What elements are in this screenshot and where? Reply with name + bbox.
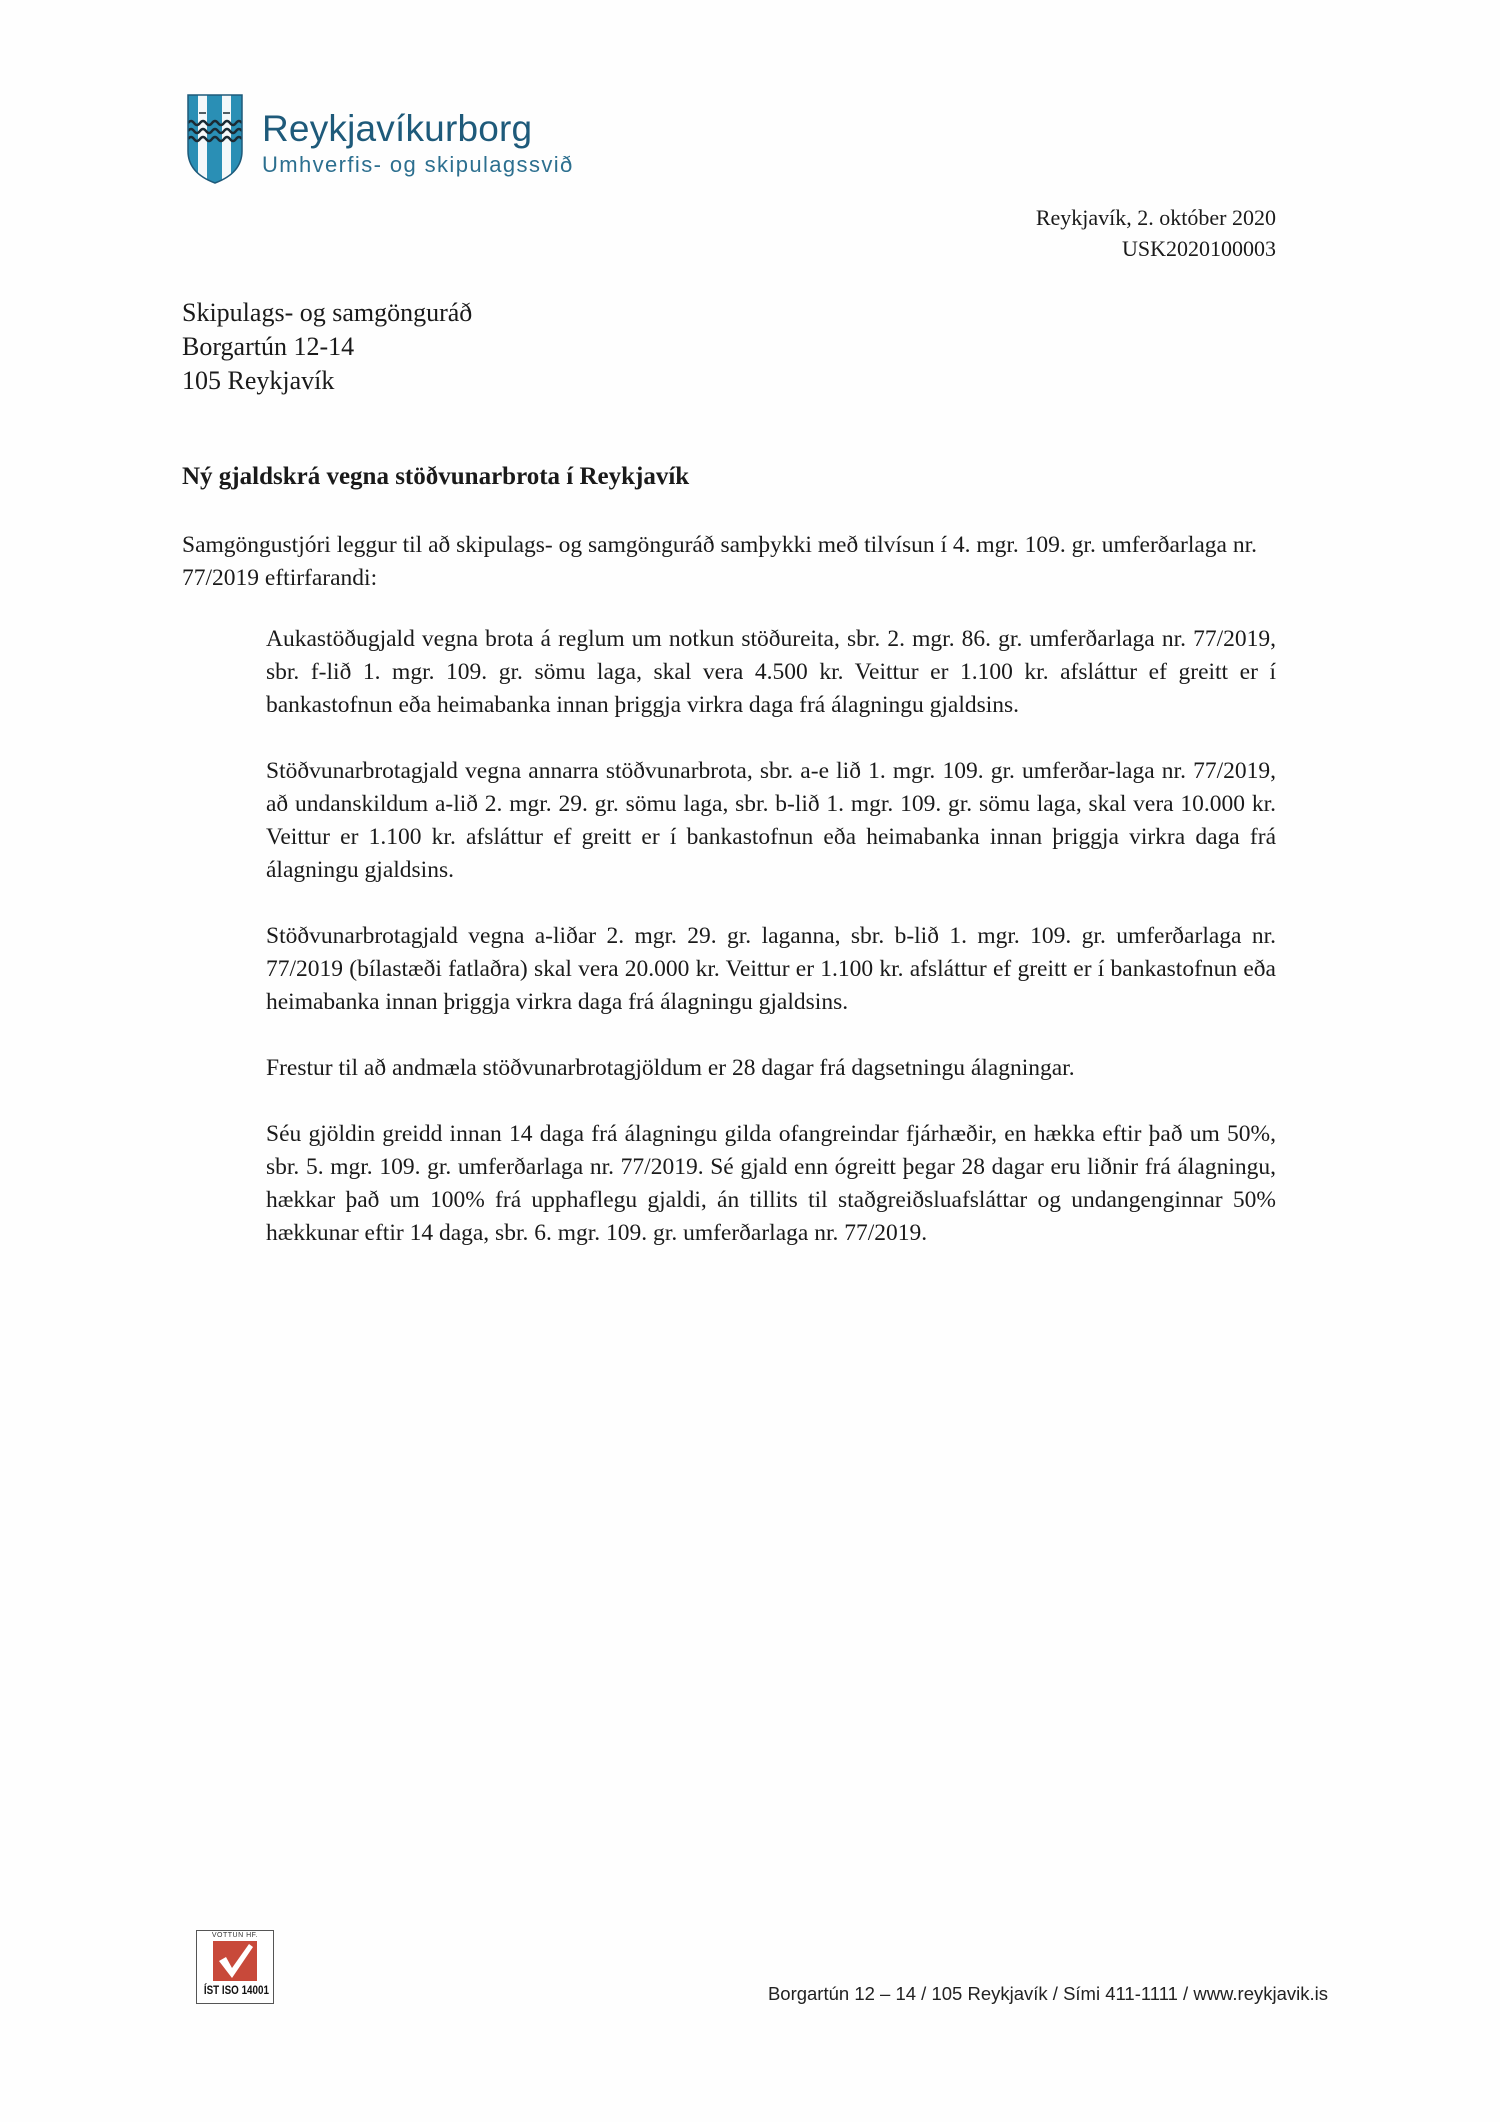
recipient-address: Skipulags- og samgönguráð Borgartún 12-1… <box>182 296 472 398</box>
recipient-name: Skipulags- og samgönguráð <box>182 296 472 330</box>
letter-body: Samgöngustjóri leggur til að skipulags- … <box>182 529 1276 1250</box>
division-name: Umhverfis- og skipulagssvið <box>262 151 574 179</box>
dateline: Reykjavík, 2. október 2020 USK2020100003 <box>1036 202 1276 264</box>
iso-certifier-label: VOTTUN HF. <box>197 1931 273 1941</box>
recipient-street: Borgartún 12-14 <box>182 330 472 364</box>
reference-number: USK2020100003 <box>1036 233 1276 264</box>
clause-paragraph: Stöðvunarbrotagjald vegna a-liðar 2. mgr… <box>266 920 1276 1019</box>
iso-certification-badge: VOTTUN HF. ÍST ISO 14001 <box>196 1930 274 2004</box>
checkmark-certification-icon <box>213 1941 257 1981</box>
place-date: Reykjavík, 2. október 2020 <box>1036 202 1276 233</box>
clause-paragraph: Stöðvunarbrotagjald vegna annarra stöðvu… <box>266 755 1276 887</box>
organization-name: Reykjavíkurborg <box>262 109 574 149</box>
clause-paragraph: Frestur til að andmæla stöðvunarbrotagjö… <box>266 1052 1276 1085</box>
organization-block: Reykjavíkurborg Umhverfis- og skipulagss… <box>262 93 574 179</box>
footer-contact: Borgartún 12 – 14 / 105 Reykjavík / Sími… <box>768 1983 1328 2005</box>
clause-paragraph: Séu gjöldin greidd innan 14 daga frá ála… <box>266 1118 1276 1250</box>
letterhead: Reykjavíkurborg Umhverfis- og skipulagss… <box>186 93 574 185</box>
recipient-city: 105 Reykjavík <box>182 364 472 398</box>
letter-subject: Ný gjaldskrá vegna stöðvunarbrota í Reyk… <box>182 461 689 493</box>
letter-page: Reykjavíkurborg Umhverfis- og skipulagss… <box>0 0 1500 2122</box>
clause-paragraph: Aukastöðugjald vegna brota á reglum um n… <box>266 623 1276 722</box>
intro-paragraph: Samgöngustjóri leggur til að skipulags- … <box>182 529 1276 595</box>
coat-of-arms-icon <box>186 93 244 185</box>
iso-standard-label: ÍST ISO 14001 <box>204 1981 266 1999</box>
